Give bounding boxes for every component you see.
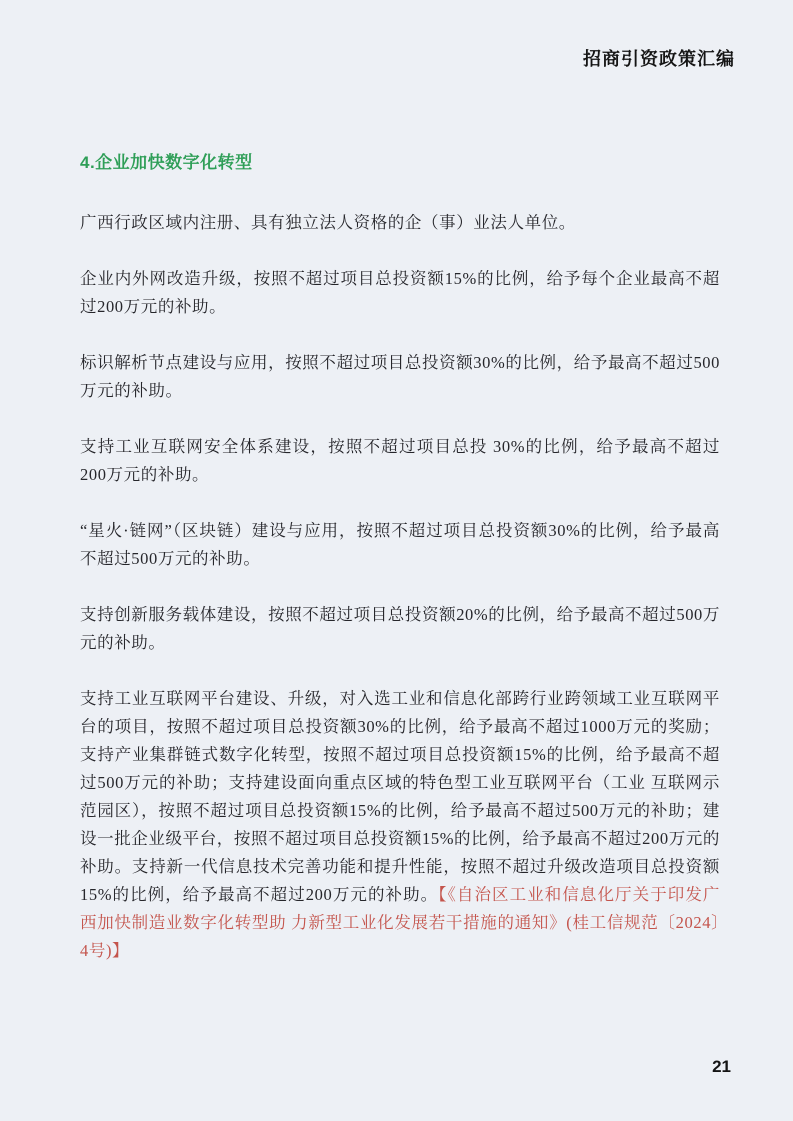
body-paragraph: 支持工业互联网平台建设、升级，对入选工业和信息化部跨行业跨领域工业互联网平台的项… — [80, 685, 720, 965]
body-paragraph: 广西行政区域内注册、具有独立法人资格的企（事）业法人单位。 — [80, 209, 720, 237]
paragraph-text: 支持工业互联网平台建设、升级，对入选工业和信息化部跨行业跨领域工业互联网平台的项… — [80, 689, 720, 904]
body-paragraph: 标识解析节点建设与应用，按照不超过项目总投资额30%的比例，给予最高不超过500… — [80, 349, 720, 405]
section-title: 4.企业加快数字化转型 — [80, 148, 720, 173]
document-page: 招商引资政策汇编 4.企业加快数字化转型 广西行政区域内注册、具有独立法人资格的… — [0, 0, 793, 1121]
body-paragraph: 企业内外网改造升级，按照不超过项目总投资额15%的比例，给予每个企业最高不超过2… — [80, 265, 720, 321]
document-body: 4.企业加快数字化转型 广西行政区域内注册、具有独立法人资格的企（事）业法人单位… — [80, 148, 720, 993]
body-paragraph: “星火·链网”（区块链）建设与应用，按照不超过项目总投资额30%的比例，给予最高… — [80, 517, 720, 573]
page-number: 21 — [712, 1057, 731, 1077]
body-paragraph: 支持工业互联网安全体系建设，按照不超过项目总投 30%的比例，给予最高不超过20… — [80, 433, 720, 489]
body-paragraph: 支持创新服务载体建设，按照不超过项目总投资额20%的比例，给予最高不超过500万… — [80, 601, 720, 657]
document-header-title: 招商引资政策汇编 — [0, 45, 735, 71]
